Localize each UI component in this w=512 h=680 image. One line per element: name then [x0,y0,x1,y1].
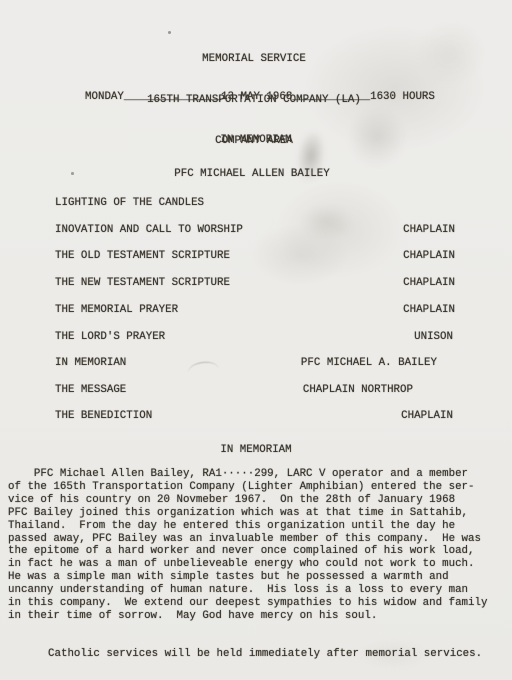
program-row: THE OLD TESTAMENT SCRIPTURE CHAPLAIN [0,250,512,264]
program-item-label: THE BENEDICTION [55,410,152,422]
program-row: THE LORD'S PRAYER UNISON [0,331,512,345]
service-program-list: LIGHTING OF THE CANDLES INOVATION AND CA… [0,0,512,440]
program-role-label: CHAPLAIN NORTHROP [303,384,413,396]
program-row: THE BENEDICTION CHAPLAIN [0,410,512,424]
footer-note: Catholic services will be held immediate… [48,648,482,661]
program-item-label: IN MEMORIAN [55,357,126,369]
program-item-label: THE MESSAGE [55,384,126,396]
program-row: THE NEW TESTAMENT SCRIPTURE CHAPLAIN [0,277,512,291]
program-item-label: THE LORD'S PRAYER [55,331,165,343]
scanned-memorial-program-page: MEMORIAL SERVICE 165TH TRANSPORTATION CO… [0,0,512,680]
program-item-label: THE NEW TESTAMENT SCRIPTURE [55,277,230,289]
program-item-label: THE MEMORIAL PRAYER [55,304,178,316]
program-role-label: CHAPLAIN [403,250,455,262]
program-row: THE MESSAGE CHAPLAIN NORTHROP [0,384,512,398]
program-row: THE MEMORIAL PRAYER CHAPLAIN [0,304,512,318]
program-role-label: CHAPLAIN [403,224,455,236]
memoriam-section-title: IN MEMORIAM [0,444,512,457]
eulogy-paragraph: PFC Michael Allen Bailey, RA1·····299, L… [8,468,487,623]
program-role-label: CHAPLAIN [403,304,455,316]
program-role-label: CHAPLAIN [403,277,455,289]
program-role-label: PFC MICHAEL A. BAILEY [301,357,437,369]
program-row: IN MEMORIAN PFC MICHAEL A. BAILEY [0,357,512,371]
program-item-label: THE OLD TESTAMENT SCRIPTURE [55,250,230,262]
program-role-label: UNISON [414,331,453,343]
program-item-label: LIGHTING OF THE CANDLES [55,197,204,209]
program-role-label: CHAPLAIN [401,410,453,422]
program-item-label: INOVATION AND CALL TO WORSHIP [55,224,243,236]
program-row: LIGHTING OF THE CANDLES [0,197,512,211]
program-row: INOVATION AND CALL TO WORSHIP CHAPLAIN [0,224,512,238]
